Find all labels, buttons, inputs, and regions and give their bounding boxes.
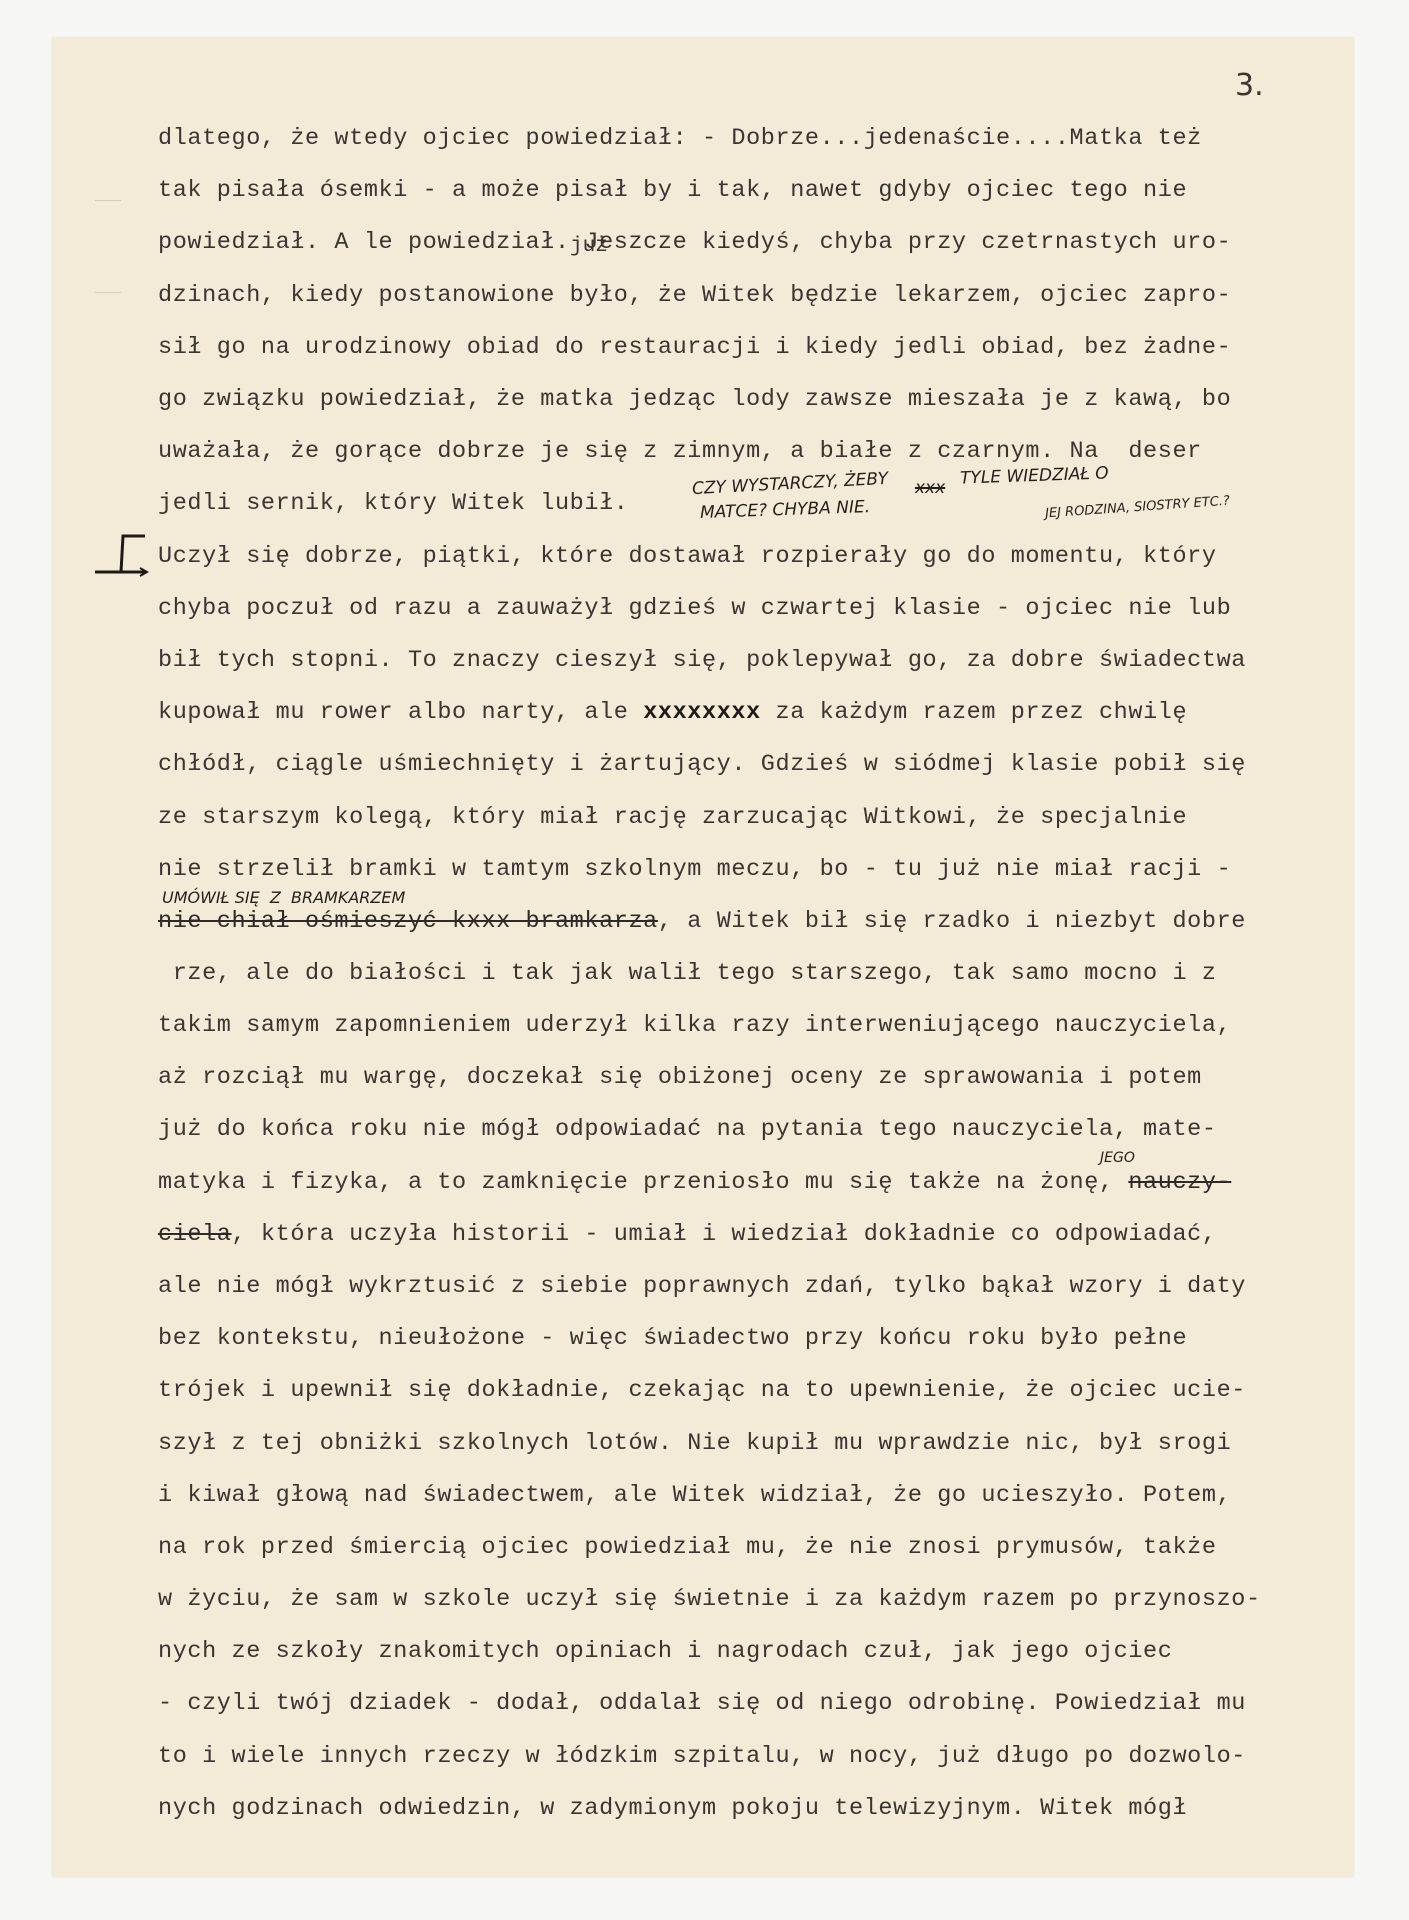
- text-line-8: jedli sernik, który Witek lubił.: [158, 490, 628, 517]
- text-line-4: dzinach, kiedy postanowione było, że Wit…: [158, 282, 1231, 309]
- text-line-11: bił tych stopni. To znaczy cieszył się, …: [158, 647, 1246, 674]
- text-line-10: chyba poczuł od razu a zauważył gdzieś w…: [158, 595, 1231, 622]
- text-line-21: matyka i fizyka, a to zamknięcie przenio…: [158, 1169, 1231, 1196]
- page-number: 3.: [1235, 68, 1264, 103]
- text-line-12: kupował mu rower albo narty, ale xxxxxxx…: [158, 699, 1187, 726]
- text-line-13: chłódł, ciągle uśmiechnięty i żartujący.…: [158, 751, 1246, 778]
- text-line-22: ciela, która uczyła historii - umiał i w…: [158, 1221, 1217, 1248]
- text-line-16: nie chiał ośmieszyć kxxx bramkarza, a Wi…: [158, 908, 1246, 935]
- text-line-5: sił go na urodzinowy obiad do restauracj…: [158, 334, 1231, 361]
- text-line-28: na rok przed śmiercią ojciec powiedział …: [158, 1534, 1217, 1561]
- text-line-31: - czyli twój dziadek - dodał, oddalał si…: [158, 1690, 1246, 1717]
- struck-word: nauczy-: [1128, 1169, 1231, 1196]
- punch-mark: [95, 292, 121, 293]
- typed-xout: xxxxxxxx: [643, 699, 761, 726]
- text-line-15: nie strzelił bramki w tamtym szkolnym me…: [158, 856, 1231, 883]
- text-line-19: aż rozciął mu wargę, doczekał się obiżon…: [158, 1064, 1202, 1091]
- struck-word: ciela: [158, 1221, 232, 1248]
- punch-mark: [95, 200, 121, 201]
- text-line-30: nych ze szkoły znakomitych opiniach i na…: [158, 1638, 1172, 1665]
- text-line-16-end: , a Witek bił się rzadko i niezbyt dobre: [658, 908, 1246, 935]
- text-line-32: to i wiele innych rzeczy w łódzkim szpit…: [158, 1743, 1246, 1770]
- text-line-17: rze, ale do białości i tak jak walił teg…: [158, 960, 1217, 987]
- struck-phrase: nie chiał ośmieszyć kxxx bramkarza: [158, 908, 658, 935]
- text-line-24: bez kontekstu, nieułożone - więc świadec…: [158, 1325, 1187, 1352]
- text-line-29: w życiu, że sam w szkole uczył się świet…: [158, 1586, 1261, 1613]
- text-line-25: trójek i upewnił się dokładnie, czekając…: [158, 1377, 1246, 1404]
- text-line-2: tak pisała ósemki - a może pisał by i ta…: [158, 177, 1187, 204]
- text-line-12-end: za każdym razem przez chwilę: [761, 699, 1187, 726]
- handwritten-insertion: JEGO: [1100, 1150, 1135, 1166]
- text-line-23: ale nie mógł wykrztusić z siebie poprawn…: [158, 1273, 1246, 1300]
- text-line-14: ze starszym kolegą, który miał rację zar…: [158, 804, 1187, 831]
- handwritten-strikeout: xxx: [915, 478, 945, 498]
- text-line-6: go związku powiedział, że matka jedząc l…: [158, 386, 1231, 413]
- text-line-26: szył z tej obniżki szkolnych lotów. Nie …: [158, 1430, 1231, 1457]
- text-line-33: nych godzinach odwiedzin, w zadymionym p…: [158, 1795, 1187, 1822]
- handwritten-correction: UMÓWIŁ SIĘ Z BRAMKARZEM: [162, 888, 405, 907]
- text-line-27: i kiwał głową nad świadectwem, ale Witek…: [158, 1482, 1231, 1509]
- text-line-1: dlatego, że wtedy ojciec powiedział: - D…: [158, 125, 1202, 152]
- text-line-12-start: kupował mu rower albo narty, ale: [158, 699, 628, 726]
- text-line-21-start: matyka i fizyka, a to zamknięcie przenio…: [158, 1169, 1114, 1196]
- text-line-22-end: , która uczyła historii - umiał i wiedzi…: [232, 1221, 1217, 1248]
- text-line-7: uważała, że gorące dobrze je się z zimny…: [158, 438, 1202, 465]
- text-line-20: już do końca roku nie mógł odpowiadać na…: [158, 1116, 1217, 1143]
- text-line-9: Uczył się dobrze, piątki, które dostawał…: [158, 543, 1217, 570]
- text-line-3: powiedział. A le powiedział. Jeszcze kie…: [158, 229, 1231, 256]
- paragraph-bracket-mark: [95, 530, 155, 580]
- text-line-18: takim samym zapomnieniem uderzył kilka r…: [158, 1012, 1231, 1039]
